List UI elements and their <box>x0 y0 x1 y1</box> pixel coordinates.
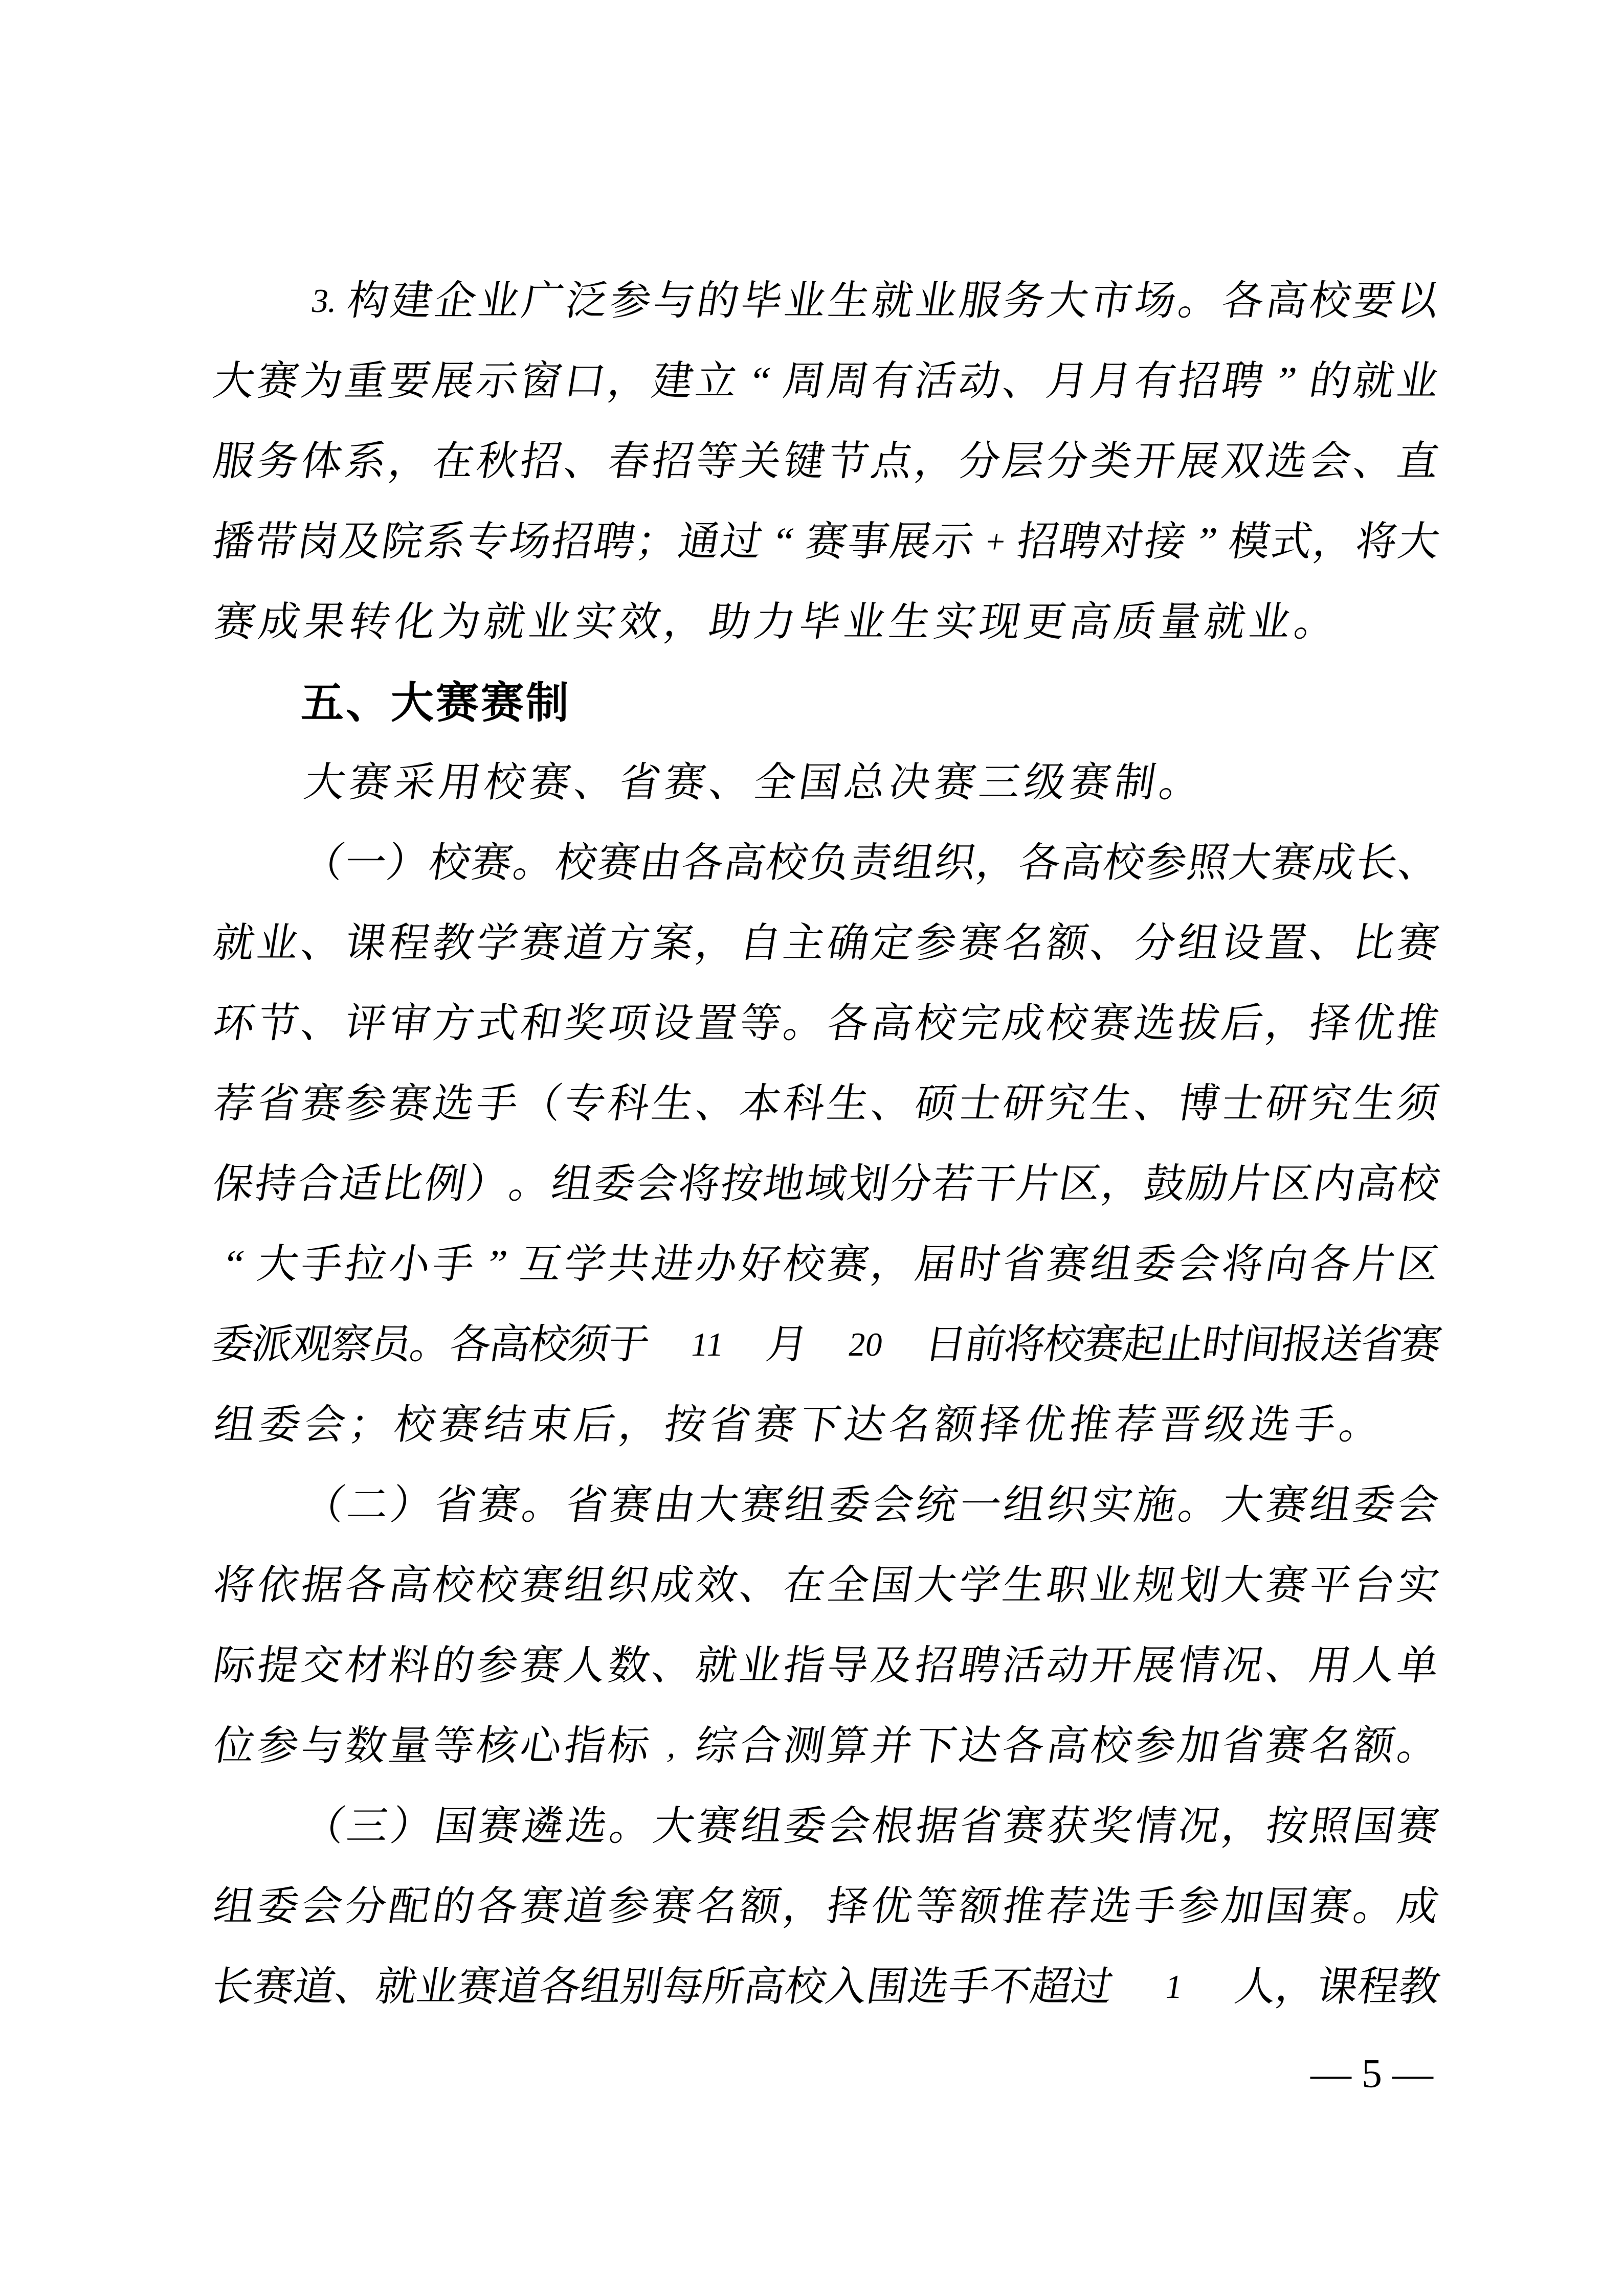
text-line: 大赛为重要展示窗口，建立“周周有活动、月月有招聘”的就业 <box>206 342 1447 422</box>
text-line: 服务体系，在秋招、春招等关键节点，分层分类开展双选会、直 <box>206 422 1447 502</box>
text-line: 委派观察员。各高校须于 11 月 20 日前将校赛起止时间报送省赛 <box>206 1305 1447 1385</box>
paragraph-first-line: （一）校赛。校赛由各高校负责组织，各高校参照大赛成长、 <box>206 823 1447 904</box>
text-line: 就业、课程教学赛道方案，自主确定参赛名额、分组设置、比赛 <box>206 904 1447 984</box>
text-line: 赛成果转化为就业实效，助力毕业生实现更高质量就业。 <box>206 582 1447 663</box>
text-line: 组委会分配的各赛道参赛名额，择优等额推荐选手参加国赛。成 <box>206 1867 1447 1947</box>
section-heading: 五、大赛赛制 <box>210 663 1437 743</box>
paragraph-first-line: （二）省赛。省赛由大赛组委会统一组织实施。大赛组委会 <box>206 1466 1447 1546</box>
document-page: 3.构建企业广泛参与的毕业生就业服务大市场。各高校要以大赛为重要展示窗口，建立“… <box>0 0 1624 2296</box>
text-line: 际提交材料的参赛人数、就业指导及招聘活动开展情况、用人单 <box>206 1626 1447 1706</box>
text-line: 长赛道、就业赛道各组别每所高校入围选手不超过 1 人，课程教 <box>206 1947 1447 2028</box>
paragraph-first-line: 大赛采用校赛、省赛、全国总决赛三级赛制。 <box>206 743 1447 823</box>
text-line: 将依据各高校校赛组织成效、在全国大学生职业规划大赛平台实 <box>206 1546 1447 1626</box>
text-line: 位参与数量等核心指标,综合测算并下达各高校参加省赛名额。 <box>206 1706 1447 1787</box>
text-line: 保持合适比例）。组委会将按地域划分若干片区，鼓励片区内高校 <box>206 1144 1447 1225</box>
document-body: 3.构建企业广泛参与的毕业生就业服务大市场。各高校要以大赛为重要展示窗口，建立“… <box>210 261 1437 2028</box>
text-line: “大手拉小手”互学共进办好校赛，届时省赛组委会将向各片区 <box>206 1225 1447 1305</box>
page-number: — 5 — <box>1295 2045 1449 2103</box>
paragraph-first-line: 3.构建企业广泛参与的毕业生就业服务大市场。各高校要以 <box>206 261 1447 342</box>
text-line: 组委会；校赛结束后，按省赛下达名额择优推荐晋级选手。 <box>206 1385 1447 1466</box>
text-line: 播带岗及院系专场招聘；通过“赛事展示+招聘对接”模式，将大 <box>206 502 1447 582</box>
text-line: 荐省赛参赛选手（专科生、本科生、硕士研究生、博士研究生须 <box>206 1064 1447 1144</box>
text-line: 环节、评审方式和奖项设置等。各高校完成校赛选拔后，择优推 <box>206 984 1447 1064</box>
paragraph-first-line: （三）国赛遴选。大赛组委会根据省赛获奖情况，按照国赛 <box>206 1787 1447 1867</box>
